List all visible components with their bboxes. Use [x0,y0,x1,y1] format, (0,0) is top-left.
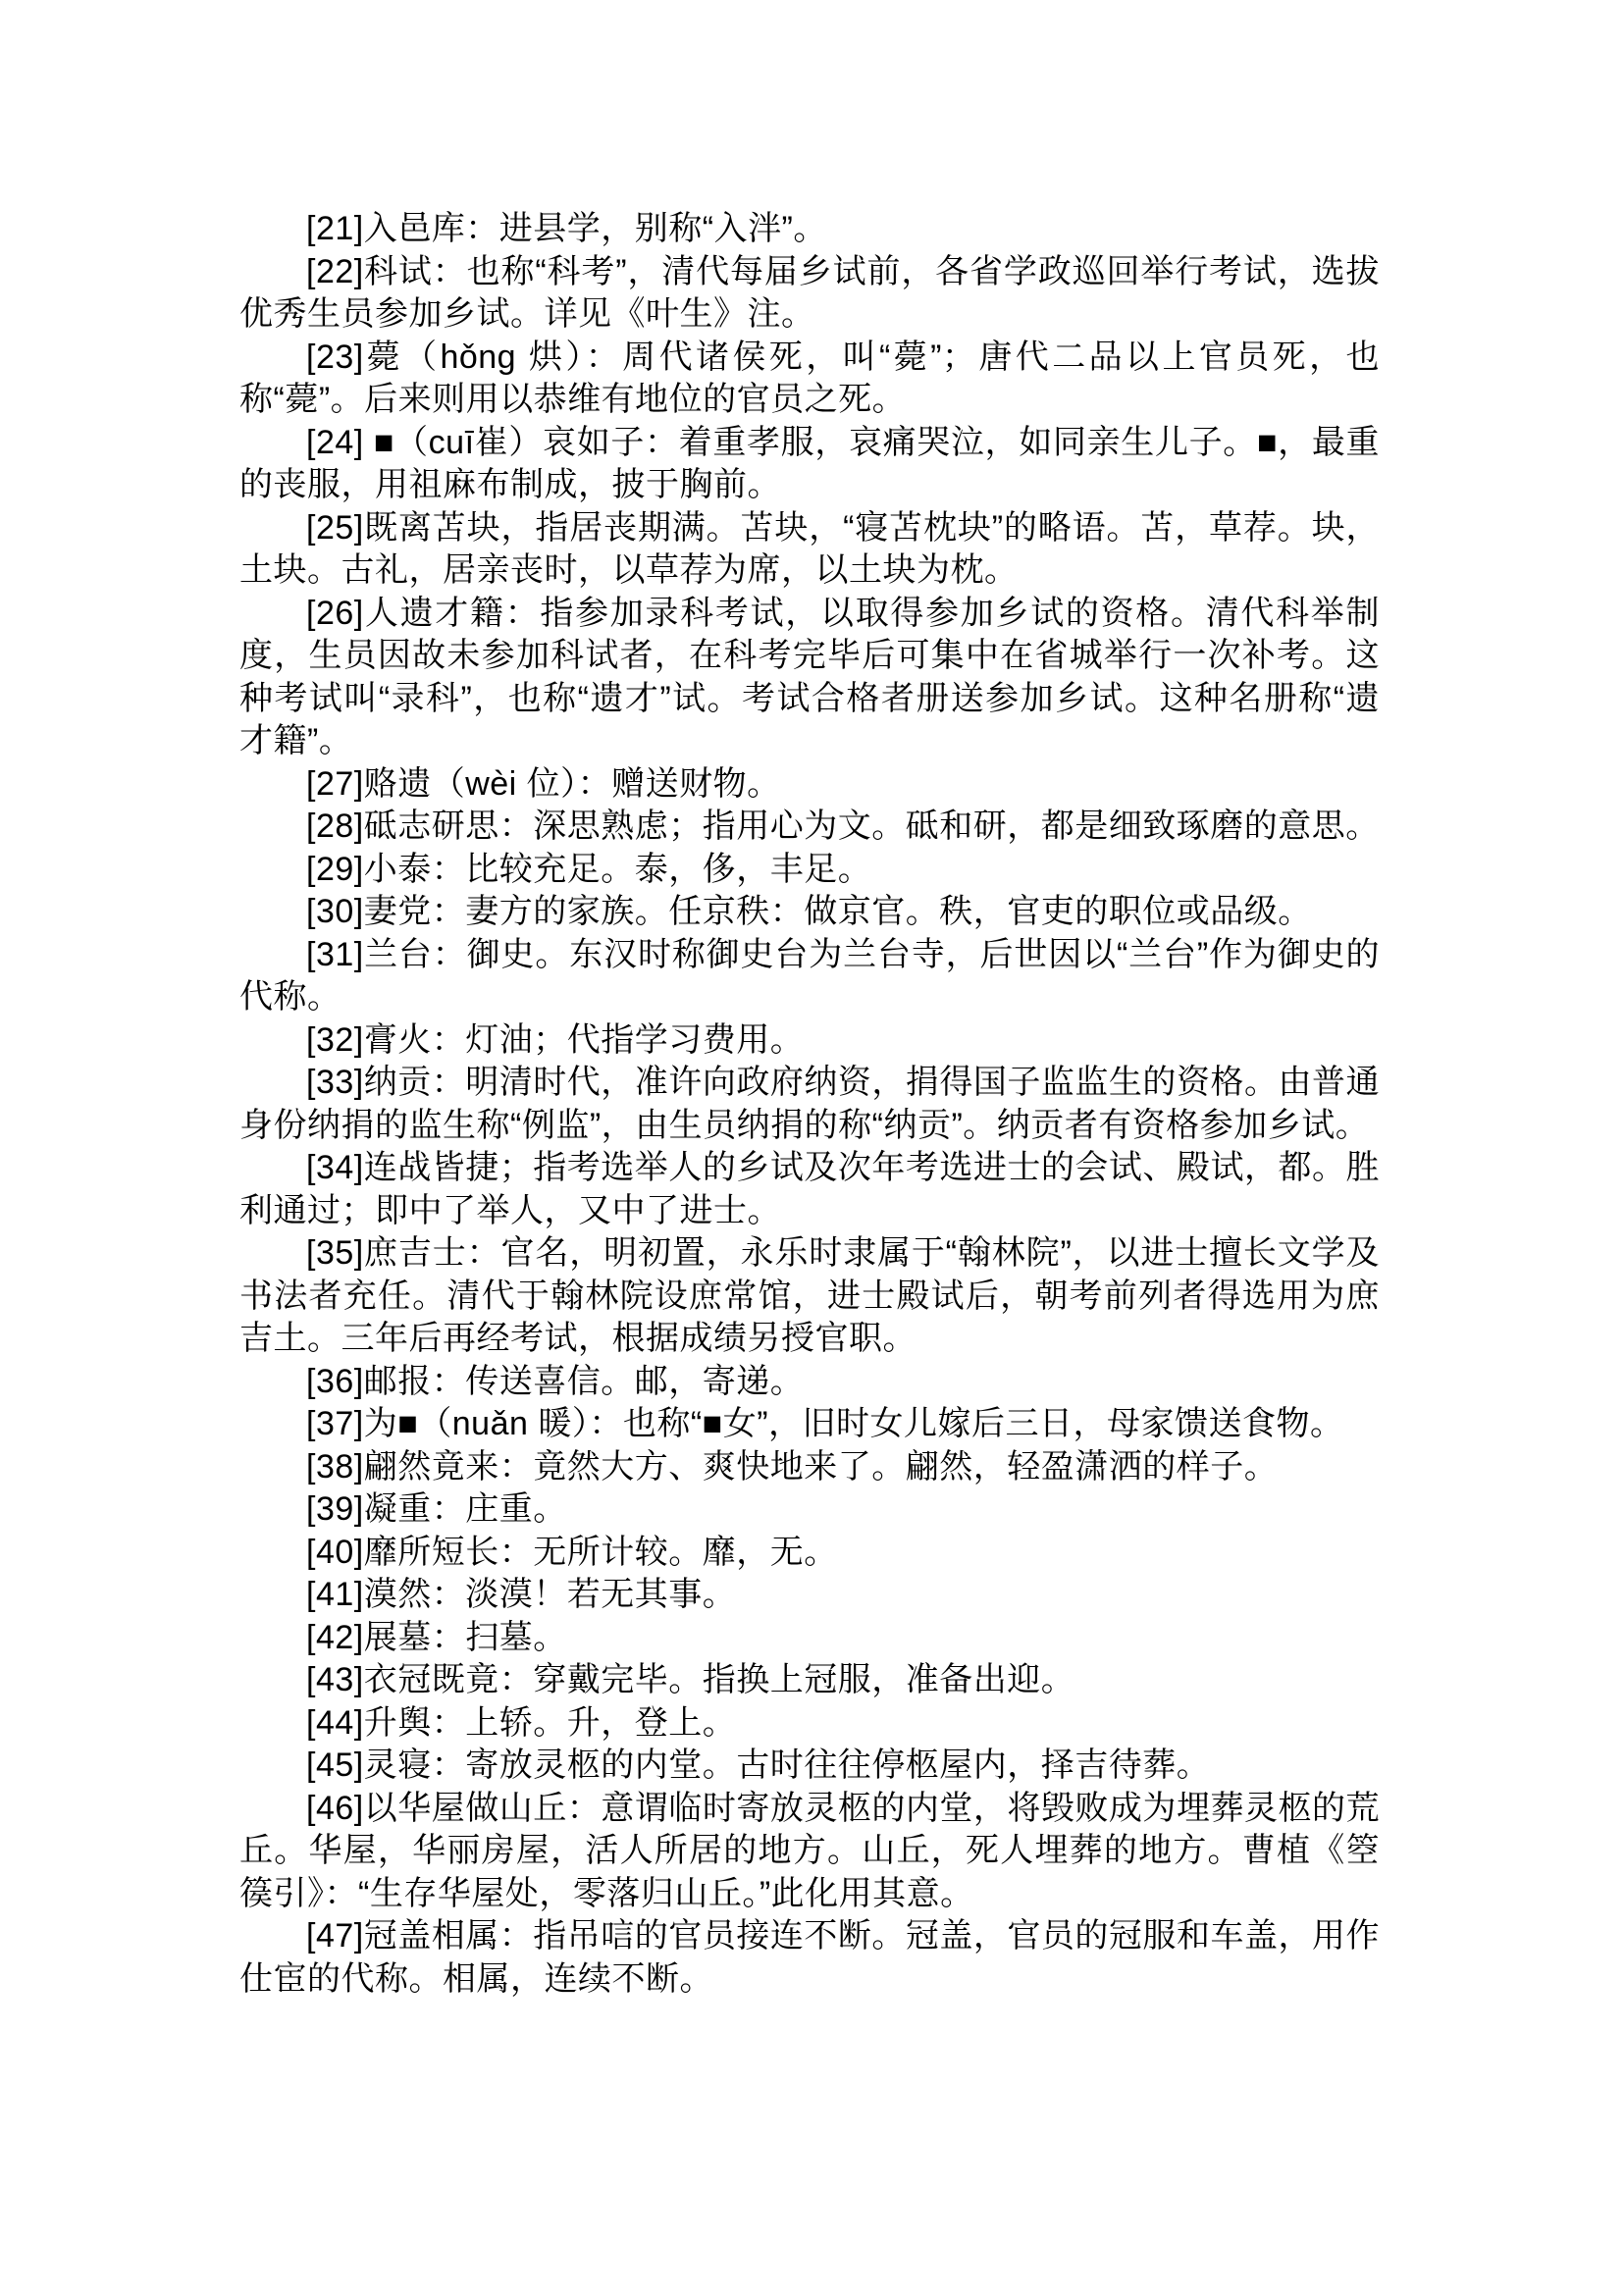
annotation-note-26: [26]人遗才籍：指参加录科考试，以取得参加乡试的资格。清代科举制度，生员因故未… [239,593,1380,763]
annotation-note-23: [23]薨（hǒng 烘）：周代诸侯死，叫“薨”；唐代二品以上官员死，也称“薨”… [239,337,1380,422]
annotation-note-24: [24] ■（cuī崔）哀如子：着重孝服，哀痛哭泣，如同亲生儿子。■，最重的丧服… [239,422,1380,507]
document-page: [21]入邑库：进县学，别称“入泮”。[22]科试：也称“科考”，清代每届乡试前… [0,0,1624,2294]
annotation-note-32: [32]膏火：灯油；代指学习费用。 [239,1019,1380,1063]
annotation-note-35: [35]庶吉士：官名，明初置，永乐时隶属于“翰林院”，以进士擅长文学及书法者充任… [239,1232,1380,1361]
annotation-note-43: [43]衣冠既竟：穿戴完毕。指换上冠服，准备出迎。 [239,1659,1380,1702]
annotations-list: [21]入邑库：进县学，别称“入泮”。[22]科试：也称“科考”，清代每届乡试前… [239,208,1380,2001]
annotation-note-34: [34]连战皆捷；指考选举人的乡试及次年考选进士的会试、殿试，都。胜利通过；即中… [239,1147,1380,1232]
annotation-note-45: [45]灵寝：寄放灵柩的内堂。古时往往停柩屋内，择吉待葬。 [239,1745,1380,1788]
annotation-note-25: [25]既离苫块，指居丧期满。苫块，“寝苫枕块”的略语。苫，草荐。块，土块。古礼… [239,507,1380,593]
annotation-note-37: [37]为■（nuǎn 暖）：也称“■女”，旧时女儿嫁后三日，母家馈送食物。 [239,1403,1380,1446]
annotation-note-31: [31]兰台：御史。东汉时称御史台为兰台寺，后世因以“兰台”作为御史的代称。 [239,934,1380,1019]
annotation-note-30: [30]妻党：妻方的家族。任京秩：做京官。秩，官吏的职位或品级。 [239,891,1380,934]
annotation-note-41: [41]漠然：淡漠！若无其事。 [239,1574,1380,1617]
annotation-note-29: [29]小泰：比较充足。泰，侈，丰足。 [239,849,1380,892]
annotation-note-27: [27]赂遗（wèi 位）：赠送财物。 [239,763,1380,807]
annotation-note-39: [39]凝重：庄重。 [239,1488,1380,1532]
annotation-note-44: [44]升舆：上轿。升，登上。 [239,1702,1380,1746]
annotation-note-40: [40]靡所短长：无所计较。靡，无。 [239,1532,1380,1575]
annotation-note-38: [38]翩然竟来：竟然大方、爽快地来了。翩然，轻盈潇洒的样子。 [239,1446,1380,1489]
annotation-note-46: [46]以华屋做山丘：意谓临时寄放灵柩的内堂，将毁败成为埋葬灵柩的荒丘。华屋，华… [239,1788,1380,1916]
annotation-note-21: [21]入邑库：进县学，别称“入泮”。 [239,208,1380,251]
annotation-note-28: [28]砥志研思：深思熟虑；指用心为文。砥和研，都是细致琢磨的意思。 [239,806,1380,849]
annotation-note-36: [36]邮报：传送喜信。邮，寄递。 [239,1361,1380,1404]
annotation-note-47: [47]冠盖相属：指吊唁的官员接连不断。冠盖，官员的冠服和车盖，用作仕宦的代称。… [239,1915,1380,2001]
annotation-note-22: [22]科试：也称“科考”，清代每届乡试前，各省学政巡回举行考试，选拔优秀生员参… [239,251,1380,337]
annotation-note-33: [33]纳贡：明清时代，准许向政府纳资，捐得国子监监生的资格。由普通身份纳捐的监… [239,1062,1380,1147]
annotation-note-42: [42]展墓：扫墓。 [239,1617,1380,1660]
